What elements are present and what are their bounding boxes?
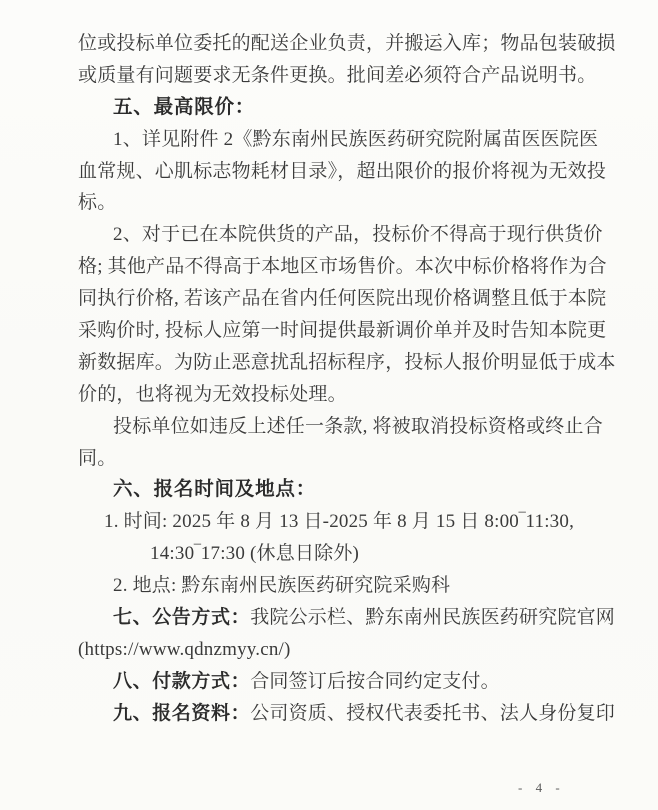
body-text: 或质量有问题要求无条件更换。批间差必须符合产品说明书。 bbox=[78, 65, 596, 86]
body-text: 位或投标单位委托的配送企业负责，并搬运入库；物品包装破损 bbox=[78, 33, 616, 54]
document-line: 八、付款方式：合同签订后按合同约定支付。 bbox=[113, 666, 590, 698]
document-line: 标。 bbox=[78, 187, 590, 219]
document-line: 1、详见附件 2《黔东南州民族医药研究院附属苗医医院医 bbox=[113, 124, 590, 156]
body-text: 2、对于已在本院供货的产品，投标价不得高于现行供货价 bbox=[113, 224, 603, 245]
document-line: (https://www.qdnzmyy.cn/) bbox=[78, 634, 590, 666]
heading-text: 六、报名时间及地点： bbox=[113, 478, 316, 500]
document-line: 采购价时, 投标人应第一时间提供最新调价单并及时告知本院更 bbox=[78, 315, 590, 347]
body-text: 2. 地点: 黔东南州民族医药研究院采购科 bbox=[113, 575, 450, 596]
document-line: 位或投标单位委托的配送企业负责，并搬运入库；物品包装破损 bbox=[78, 28, 590, 60]
document-line: 2. 地点: 黔东南州民族医药研究院采购科 bbox=[113, 570, 590, 602]
document-content: 位或投标单位委托的配送企业负责，并搬运入库；物品包装破损或质量有问题要求无条件更… bbox=[78, 28, 590, 730]
body-text: 我院公示栏、黔东南州民族医药研究院官网 bbox=[250, 607, 615, 628]
section-heading: 五、最高限价： bbox=[113, 92, 590, 124]
body-text: 合同签订后按合同约定支付。 bbox=[250, 671, 500, 692]
document-line: 同。 bbox=[78, 443, 590, 475]
document-line: 七、公告方式：我院公示栏、黔东南州民族医药研究院官网 bbox=[113, 602, 590, 634]
section-heading: 六、报名时间及地点： bbox=[113, 474, 590, 506]
document-line: 价的，也将视为无效投标处理。 bbox=[78, 379, 590, 411]
body-text: 新数据库。为防止恶意扰乱招标程序，投标人报价明显低于成本 bbox=[78, 352, 616, 373]
heading-text: 九、报名资料： bbox=[113, 703, 250, 724]
document-line: 新数据库。为防止恶意扰乱招标程序，投标人报价明显低于成本 bbox=[78, 347, 590, 379]
body-text: 1. 时间: 2025 年 8 月 13 日-2025 年 8 月 15 日 8… bbox=[104, 511, 574, 532]
document-line: 1. 时间: 2025 年 8 月 13 日-2025 年 8 月 15 日 8… bbox=[104, 506, 590, 538]
body-text: 血常规、心肌标志物耗材目录》，超出限价的报价将视为无效投 bbox=[78, 161, 606, 182]
body-text: (https://www.qdnzmyy.cn/) bbox=[78, 639, 291, 660]
body-text: 公司资质、授权代表委托书、法人身份复印 bbox=[250, 703, 615, 724]
document-line: 血常规、心肌标志物耗材目录》，超出限价的报价将视为无效投 bbox=[78, 156, 590, 188]
document-line: 14:30‾17:30 (休息日除外) bbox=[150, 538, 590, 570]
heading-text: 八、付款方式： bbox=[113, 671, 250, 692]
body-text: 格; 其他产品不得高于本地区市场售价。本次中标价格将作为合 bbox=[78, 256, 607, 277]
document-line: 格; 其他产品不得高于本地区市场售价。本次中标价格将作为合 bbox=[78, 251, 590, 283]
body-text: 14:30‾17:30 (休息日除外) bbox=[150, 543, 359, 564]
page-number: - 4 - bbox=[518, 780, 565, 796]
body-text: 采购价时, 投标人应第一时间提供最新调价单并及时告知本院更 bbox=[78, 320, 606, 341]
body-text: 同执行价格, 若该产品在省内任何医院出现价格调整且低于本院 bbox=[78, 288, 606, 309]
document-line: 投标单位如违反上述任一条款, 将被取消投标资格或终止合 bbox=[113, 411, 590, 443]
document-line: 九、报名资料：公司资质、授权代表委托书、法人身份复印 bbox=[113, 698, 590, 730]
body-text: 同。 bbox=[78, 448, 116, 469]
document-page: 位或投标单位委托的配送企业负责，并搬运入库；物品包装破损或质量有问题要求无条件更… bbox=[0, 0, 658, 810]
document-line: 同执行价格, 若该产品在省内任何医院出现价格调整且低于本院 bbox=[78, 283, 590, 315]
body-text: 1、详见附件 2《黔东南州民族医药研究院附属苗医医院医 bbox=[113, 129, 598, 150]
document-line: 或质量有问题要求无条件更换。批间差必须符合产品说明书。 bbox=[78, 60, 590, 92]
body-text: 标。 bbox=[78, 192, 116, 213]
body-text: 投标单位如违反上述任一条款, 将被取消投标资格或终止合 bbox=[113, 416, 603, 437]
heading-text: 七、公告方式： bbox=[113, 607, 250, 628]
body-text: 价的，也将视为无效投标处理。 bbox=[78, 384, 347, 405]
heading-text: 五、最高限价： bbox=[113, 96, 255, 118]
document-line: 2、对于已在本院供货的产品，投标价不得高于现行供货价 bbox=[113, 219, 590, 251]
